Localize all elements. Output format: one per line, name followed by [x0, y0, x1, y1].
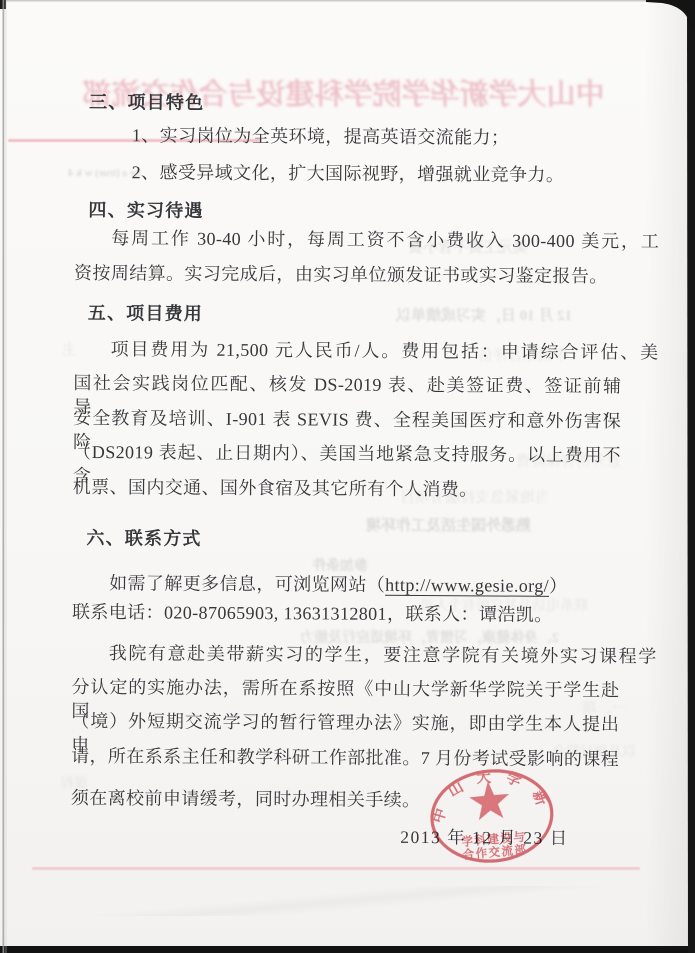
- fees-line: 机票、国内交通、国外食宿及其它所有个人消费。: [73, 475, 621, 502]
- official-seal: 中山大学新华学院 学科建设与 合作交流部: [424, 763, 560, 872]
- contact-line-pre: 如需了解更多信息，可浏览网站（: [109, 573, 385, 595]
- feature-item-1: 1、实习岗位为全英环境，提高英语交流能力；: [75, 123, 680, 151]
- closing-line: 我院有意赴美带薪实习的学生，要注意学院有关境外实习课程学: [72, 641, 657, 669]
- treatment-line: 每周工作 30-40 小时，每周工资不含小费收入 300-400 美元，工: [74, 226, 659, 254]
- contact-line-post: ）: [549, 576, 568, 596]
- section-heading-fees: 五、项目费用: [88, 299, 203, 326]
- section-heading-treatment: 四、实习待遇: [88, 196, 203, 223]
- treatment-line: 资按周结算。实习完成后，由实习单位颁发证书或实习鉴定报告。: [74, 261, 622, 288]
- document-body: 三、项目特色 1、实习岗位为全英环境，提高英语交流能力； 2、感受异域文化，扩大…: [0, 0, 695, 953]
- fees-line: 项目费用为 21,500 元人民币/人。费用包括：申请综合评估、美: [74, 337, 659, 365]
- website-url: http://www.gesie.org/: [385, 575, 549, 596]
- contact-website-line: 如需了解更多信息，可浏览网站（http://www.gesie.org/）: [72, 571, 657, 599]
- feature-item-2: 2、感受异域文化，扩大国际视野，增强就业竞争力。: [75, 160, 680, 188]
- contact-phone-line: 联系电话：020-87065903, 13631312801，联系人：谭浩凯。: [72, 600, 620, 627]
- section-heading-features: 三、项目特色: [89, 88, 204, 115]
- scanned-document-page: 中山大学新华学院学科建设与合作交流部 be a (true) w k 4 美元工…: [0, 0, 695, 953]
- section-heading-contact: 六、联系方式: [86, 524, 201, 551]
